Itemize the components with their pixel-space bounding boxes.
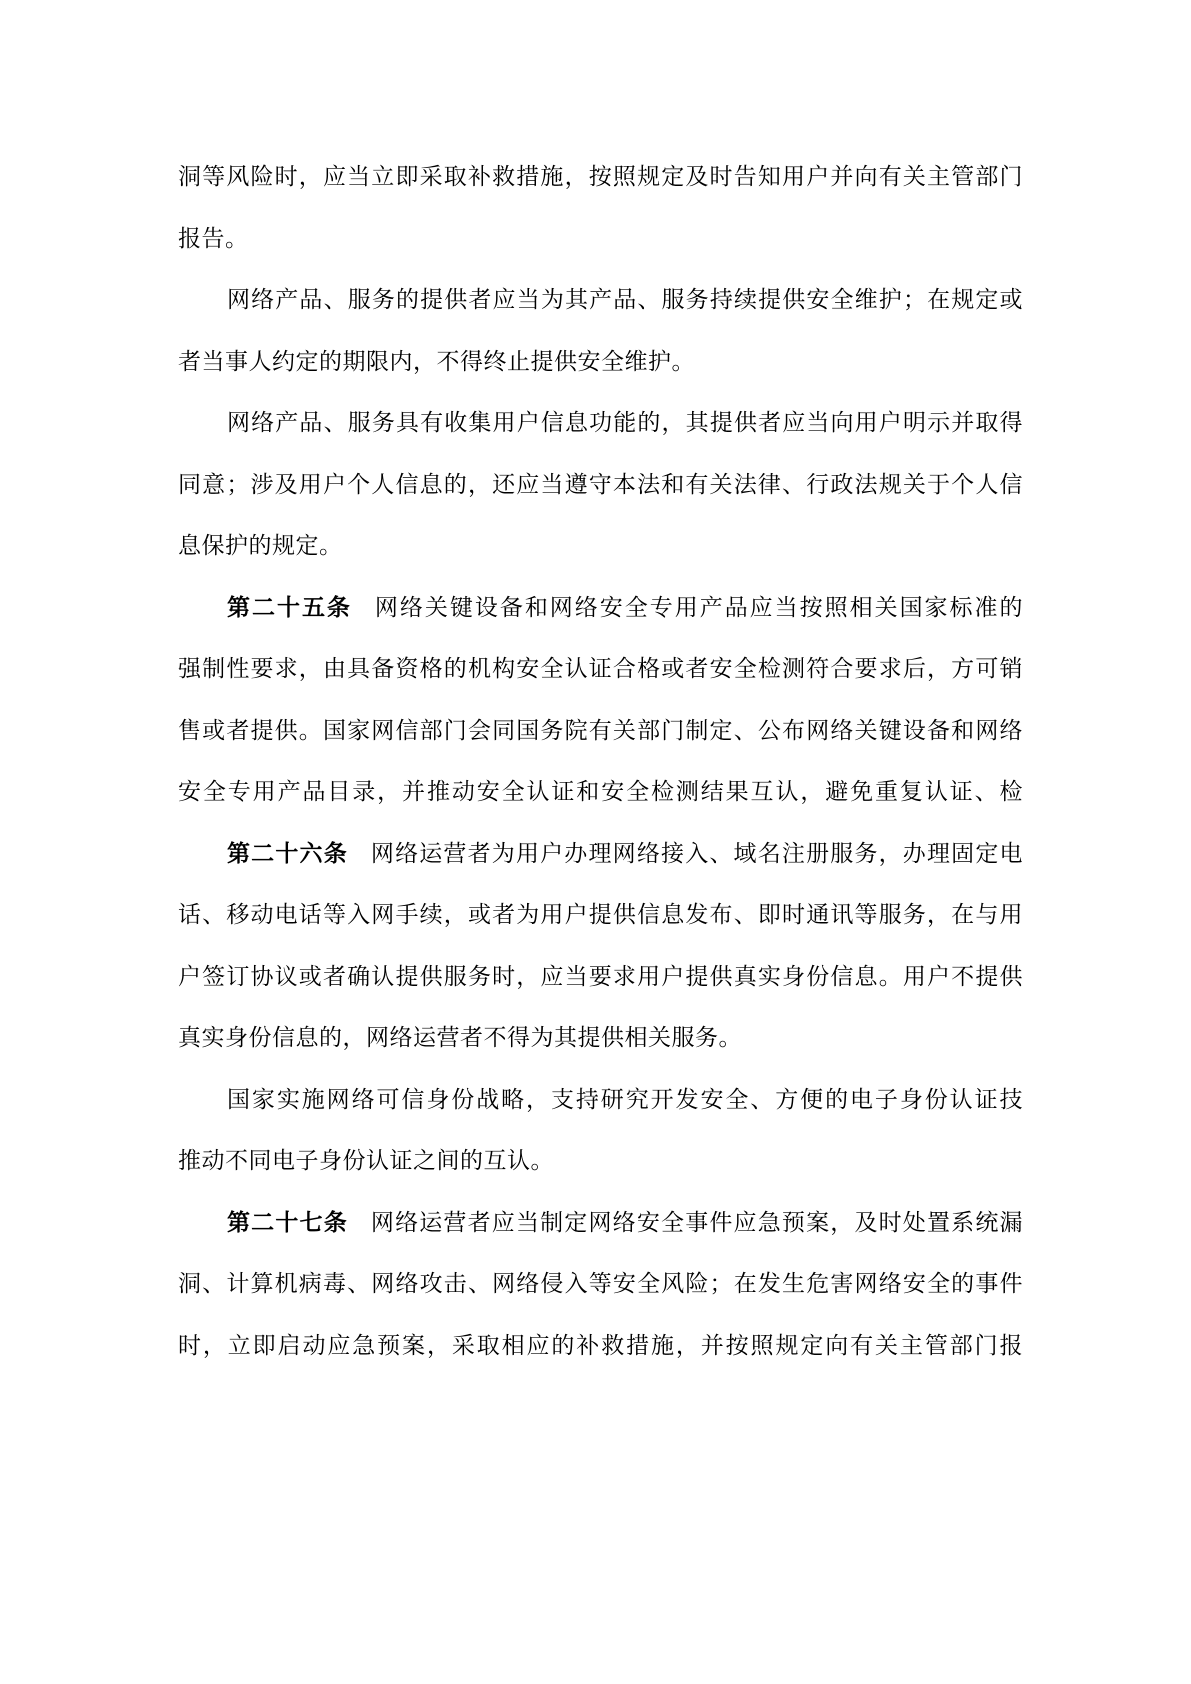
line-text: 报告。 (178, 225, 249, 251)
line-text: 强制性要求，由具备资格的机构安全认证合格或者安全检测符合要求后，方可销 (178, 655, 1023, 681)
line-text: 网络关键设备和网络安全专用产品应当按照相关国家标准的 (375, 594, 1023, 620)
line-text: 推动不同电子身份认证之间的互认。 (178, 1147, 554, 1173)
line-text: 网络运营者为用户办理网络接入、域名注册服务，办理固定电 (371, 840, 1023, 866)
document-body: 洞等风险时，应当立即采取补救措施，按照规定及时告知用户并向有关主管部门报告。网络… (178, 146, 1023, 1376)
text-line: 时，立即启动应急预案，采取相应的补救措施，并按照规定向有关主管部门报告。 (178, 1315, 1023, 1377)
line-text: 安全专用产品目录，并推动安全认证和安全检测结果互认，避免重复认证、检测。 (178, 778, 1023, 823)
line-text: 时，立即启动应急预案，采取相应的补救措施，并按照规定向有关主管部门报告。 (178, 1332, 1023, 1377)
line-text: 同意；涉及用户个人信息的，还应当遵守本法和有关法律、行政法规关于个人信 (178, 471, 1023, 497)
text-line: 安全专用产品目录，并推动安全认证和安全检测结果互认，避免重复认证、检测。 (178, 761, 1023, 823)
article-number: 第二十六条 (227, 840, 348, 866)
paragraph: 洞等风险时，应当立即采取补救措施，按照规定及时告知用户并向有关主管部门报告。 (178, 146, 1023, 269)
document-page: 洞等风险时，应当立即采取补救措施，按照规定及时告知用户并向有关主管部门报告。网络… (0, 0, 1191, 1684)
text-line: 洞等风险时，应当立即采取补救措施，按照规定及时告知用户并向有关主管部门 (178, 146, 1023, 208)
line-text: 户签订协议或者确认提供服务时，应当要求用户提供真实身份信息。用户不提供 (178, 963, 1023, 989)
text-line: 户签订协议或者确认提供服务时，应当要求用户提供真实身份信息。用户不提供 (178, 946, 1023, 1008)
line-text: 网络产品、服务具有收集用户信息功能的，其提供者应当向用户明示并取得 (227, 409, 1023, 435)
text-line: 报告。 (178, 208, 1023, 270)
text-line: 息保护的规定。 (178, 515, 1023, 577)
text-line: 国家实施网络可信身份战略，支持研究开发安全、方便的电子身份认证技术， (178, 1069, 1023, 1131)
line-text: 真实身份信息的，网络运营者不得为其提供相关服务。 (178, 1024, 742, 1050)
line-text: 售或者提供。国家网信部门会同国务院有关部门制定、公布网络关键设备和网络 (178, 717, 1023, 743)
line-text: 国家实施网络可信身份战略，支持研究开发安全、方便的电子身份认证技术， (227, 1086, 1023, 1131)
text-line: 第二十六条网络运营者为用户办理网络接入、域名注册服务，办理固定电 (178, 823, 1023, 885)
text-line: 网络产品、服务的提供者应当为其产品、服务持续提供安全维护；在规定或 (178, 269, 1023, 331)
paragraph: 第二十七条网络运营者应当制定网络安全事件应急预案，及时处置系统漏洞、计算机病毒、… (178, 1192, 1023, 1377)
text-line: 推动不同电子身份认证之间的互认。 (178, 1130, 1023, 1192)
text-line: 洞、计算机病毒、网络攻击、网络侵入等安全风险；在发生危害网络安全的事件 (178, 1253, 1023, 1315)
text-line: 真实身份信息的，网络运营者不得为其提供相关服务。 (178, 1007, 1023, 1069)
line-text: 者当事人约定的期限内，不得终止提供安全维护。 (178, 348, 695, 374)
paragraph: 网络产品、服务具有收集用户信息功能的，其提供者应当向用户明示并取得同意；涉及用户… (178, 392, 1023, 577)
line-text: 息保护的规定。 (178, 532, 343, 558)
text-line: 售或者提供。国家网信部门会同国务院有关部门制定、公布网络关键设备和网络 (178, 700, 1023, 762)
paragraph: 第二十六条网络运营者为用户办理网络接入、域名注册服务，办理固定电话、移动电话等入… (178, 823, 1023, 1069)
article-number: 第二十七条 (227, 1209, 348, 1235)
line-text: 话、移动电话等入网手续，或者为用户提供信息发布、即时通讯等服务，在与用 (178, 901, 1023, 927)
line-text: 洞等风险时，应当立即采取补救措施，按照规定及时告知用户并向有关主管部门 (178, 163, 1023, 189)
text-line: 话、移动电话等入网手续，或者为用户提供信息发布、即时通讯等服务，在与用 (178, 884, 1023, 946)
text-line: 第二十五条网络关键设备和网络安全专用产品应当按照相关国家标准的 (178, 577, 1023, 639)
paragraph: 第二十五条网络关键设备和网络安全专用产品应当按照相关国家标准的强制性要求，由具备… (178, 577, 1023, 823)
text-line: 同意；涉及用户个人信息的，还应当遵守本法和有关法律、行政法规关于个人信 (178, 454, 1023, 516)
text-line: 第二十七条网络运营者应当制定网络安全事件应急预案，及时处置系统漏 (178, 1192, 1023, 1254)
line-text: 网络产品、服务的提供者应当为其产品、服务持续提供安全维护；在规定或 (227, 286, 1023, 312)
line-text: 洞、计算机病毒、网络攻击、网络侵入等安全风险；在发生危害网络安全的事件 (178, 1270, 1023, 1296)
paragraph: 网络产品、服务的提供者应当为其产品、服务持续提供安全维护；在规定或者当事人约定的… (178, 269, 1023, 392)
paragraph: 国家实施网络可信身份战略，支持研究开发安全、方便的电子身份认证技术，推动不同电子… (178, 1069, 1023, 1192)
text-line: 者当事人约定的期限内，不得终止提供安全维护。 (178, 331, 1023, 393)
article-number: 第二十五条 (227, 594, 352, 620)
text-line: 强制性要求，由具备资格的机构安全认证合格或者安全检测符合要求后，方可销 (178, 638, 1023, 700)
text-line: 网络产品、服务具有收集用户信息功能的，其提供者应当向用户明示并取得 (178, 392, 1023, 454)
line-text: 网络运营者应当制定网络安全事件应急预案，及时处置系统漏 (371, 1209, 1023, 1235)
